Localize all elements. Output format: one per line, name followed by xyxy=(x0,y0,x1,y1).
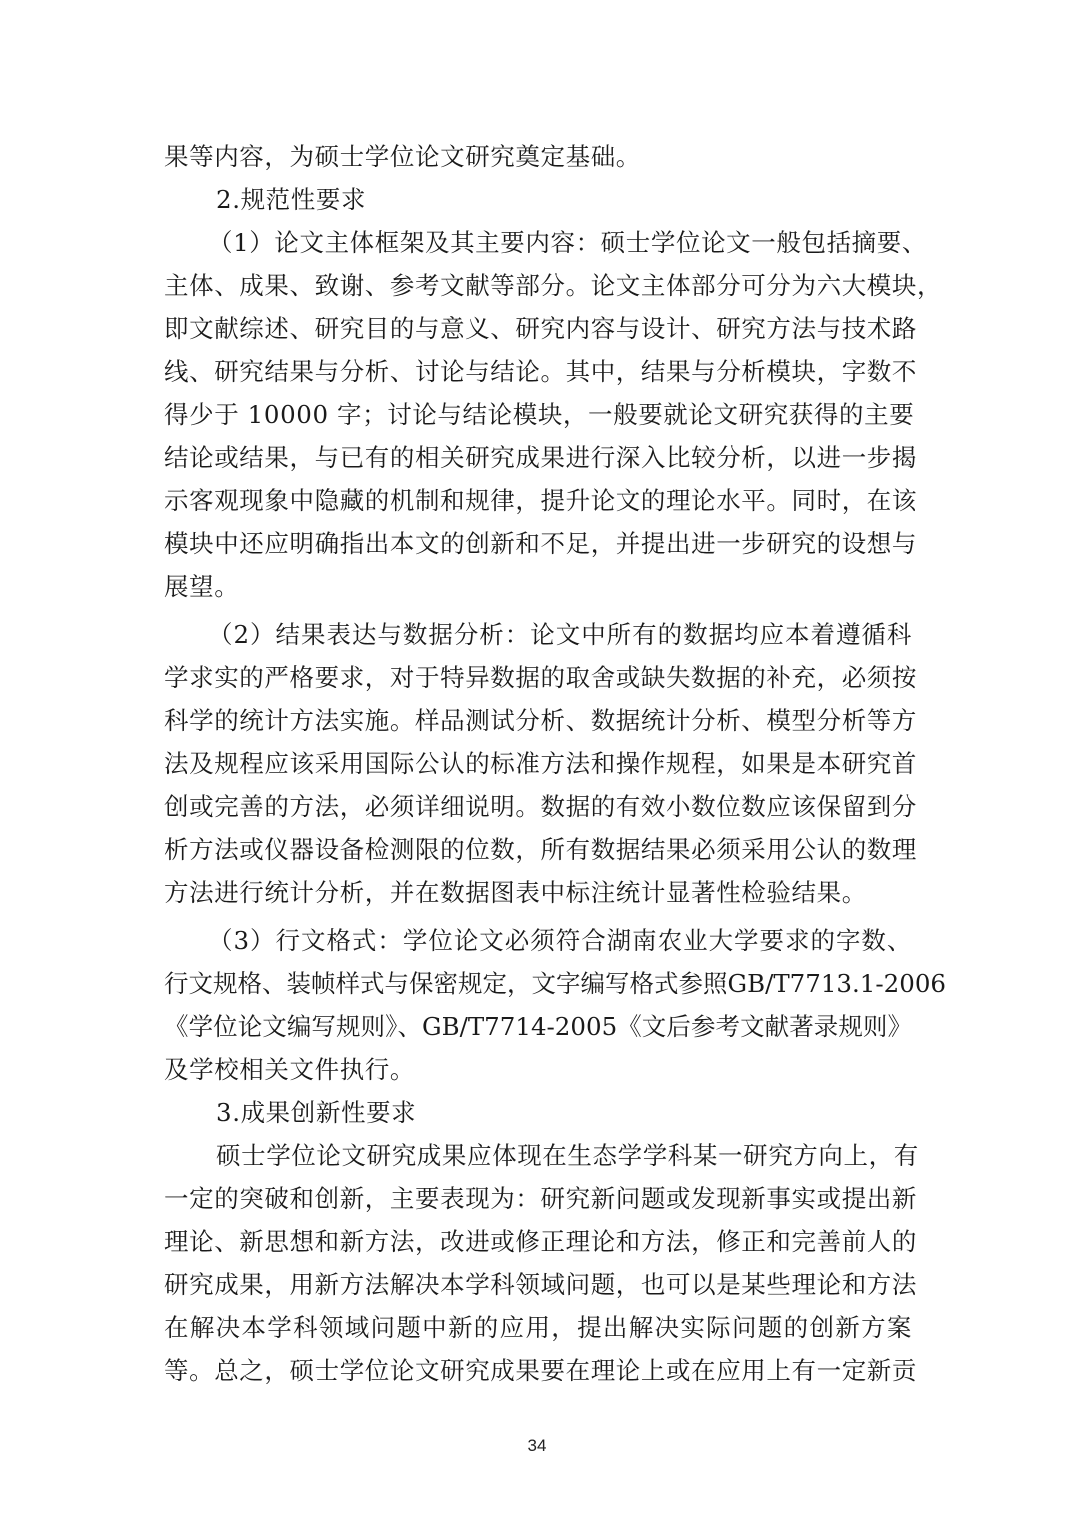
text-line: 创或完善的方法，必须详细说明。数据的有效小数位数应该保留到分 xyxy=(164,785,912,828)
section-heading: 2.规范性要求 xyxy=(216,178,912,221)
text-line: 一定的突破和创新，主要表现为：研究新问题或发现新事实或提出新 xyxy=(164,1177,912,1220)
text-line: 示客观现象中隐藏的机制和规律，提升论文的理论水平。同时，在该 xyxy=(164,479,912,522)
paragraph-start: （3）行文格式：学位论文必须符合湖南农业大学要求的字数、 xyxy=(208,919,912,962)
text-line: 果等内容，为硕士学位论文研究奠定基础。 xyxy=(164,135,912,178)
text-line: 线、研究结果与分析、讨论与结论。其中，结果与分析模块，字数不 xyxy=(164,350,912,393)
page-number: 34 xyxy=(0,1436,1074,1456)
text-line: 理论、新思想和新方法，改进或修正理论和方法，修正和完善前人的 xyxy=(164,1220,912,1263)
paragraph-start: （2）结果表达与数据分析：论文中所有的数据均应本着遵循科 xyxy=(208,613,912,656)
paragraph-start: （1）论文主体框架及其主要内容：硕士学位论文一般包括摘要、 xyxy=(208,221,912,264)
text-line: 主体、成果、致谢、参考文献等部分。论文主体部分可分为六大模块， xyxy=(164,264,912,307)
text-line: 析方法或仪器设备检测限的位数，所有数据结果必须采用公认的数理 xyxy=(164,828,912,871)
text-line: 《学位论文编写规则》、GB/T7714-2005《文后参考文献著录规则》 xyxy=(164,1005,912,1048)
text-line: 模块中还应明确指出本文的创新和不足，并提出进一步研究的设想与 xyxy=(164,522,912,565)
text-line: 及学校相关文件执行。 xyxy=(164,1048,912,1091)
text-line: 即文献综述、研究目的与意义、研究内容与设计、研究方法与技术路 xyxy=(164,307,912,350)
document-page: 果等内容，为硕士学位论文研究奠定基础。 2.规范性要求 （1）论文主体框架及其主… xyxy=(0,0,1074,1520)
text-line: 科学的统计方法实施。样品测试分析、数据统计分析、模型分析等方 xyxy=(164,699,912,742)
paragraph-start: 硕士学位论文研究成果应体现在生态学学科某一研究方向上，有 xyxy=(216,1134,912,1177)
text-line: 方法进行统计分析，并在数据图表中标注统计显著性检验结果。 xyxy=(164,871,912,914)
text-line: 展望。 xyxy=(164,565,912,608)
text-line: 得少于 10000 字；讨论与结论模块，一般要就论文研究获得的主要 xyxy=(164,393,912,436)
section-heading: 3.成果创新性要求 xyxy=(216,1091,912,1134)
text-line: 学求实的严格要求，对于特异数据的取舍或缺失数据的补充，必须按 xyxy=(164,656,912,699)
text-line: 等。总之，硕士学位论文研究成果要在理论上或在应用上有一定新贡 xyxy=(164,1349,912,1392)
text-line: 结论或结果，与已有的相关研究成果进行深入比较分析，以进一步揭 xyxy=(164,436,912,479)
text-line: 研究成果，用新方法解决本学科领域问题，也可以是某些理论和方法 xyxy=(164,1263,912,1306)
text-line: 在解决本学科领域问题中新的应用，提出解决实际问题的创新方案 xyxy=(164,1306,912,1349)
text-line: 法及规程应该采用国际公认的标准方法和操作规程，如果是本研究首 xyxy=(164,742,912,785)
text-line: 行文规格、装帧样式与保密规定，文字编写格式参照GB/T7713.1-2006 xyxy=(164,962,912,1005)
